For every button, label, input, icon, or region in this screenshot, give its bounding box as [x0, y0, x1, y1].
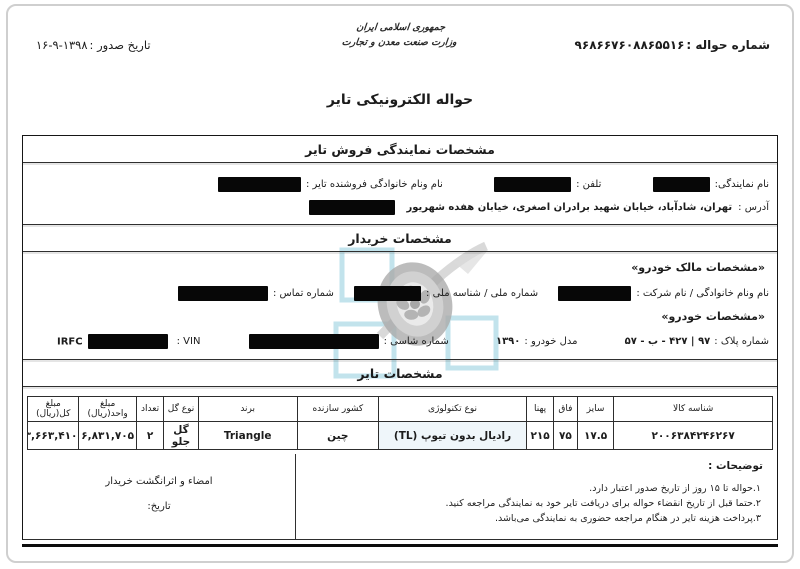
redaction-box	[354, 286, 421, 301]
invoice-body: مشخصات نمایندگی فروش تایر نام نمایندگی: …	[22, 135, 778, 540]
cell-size: ۱۷.۵	[577, 422, 614, 450]
tire-table-header-row: شناسه کالا سایز فاق پهنا نوع تکنولوژی کش…	[28, 397, 773, 422]
tire-spec-table: شناسه کالا سایز فاق پهنا نوع تکنولوژی کش…	[27, 396, 773, 450]
model-field: مدل خودرو : ۱۳۹۰	[492, 336, 577, 347]
address-row: آدرس : تهران، شادآباد، خیابان شهید برادر…	[23, 192, 777, 215]
signature-box: امضاء و اثرانگشت خریدار تاریخ:	[23, 454, 296, 539]
note-line-3: ۳.پرداخت هزینه تایر در هنگام مراجعه حضور…	[302, 511, 761, 526]
tire-section-title: مشخصات تایر	[23, 360, 777, 386]
col-size: سایز	[577, 397, 614, 422]
redaction-box	[653, 177, 710, 192]
model-label: مدل خودرو :	[524, 336, 577, 347]
national-id-field: شماره ملی / شناسه ملی :	[349, 286, 538, 301]
cell-technology: رادیال بدون تیوپ (TL)	[378, 422, 526, 450]
note-line-2: ۲.حتما قبل از تاریخ انقضاء حواله برای در…	[302, 496, 761, 511]
contact-number-field: شماره تماس :	[173, 286, 334, 301]
redaction-box	[494, 177, 571, 192]
seller-name-field: نام ونام خانوادگی فروشنده تایر :	[213, 177, 443, 192]
footer-region: توضیحات : ۱.حواله تا ۱۵ روز از تاریخ صدو…	[23, 454, 777, 539]
redaction-box	[88, 334, 168, 349]
issue-date-label: تاریخ صدور :	[90, 38, 151, 52]
redaction-box	[249, 334, 379, 349]
col-technology: نوع تکنولوژی	[378, 397, 526, 422]
cell-brand: Triangle	[198, 422, 297, 450]
vehicle-subtitle: «مشخصات خودرو»	[23, 301, 777, 323]
divider	[23, 386, 777, 387]
model-value: ۱۳۹۰	[496, 336, 520, 347]
col-brand: برند	[198, 397, 297, 422]
cell-tread: گل جلو	[164, 422, 198, 450]
note-line-1: ۱.حواله تا ۱۵ روز از تاریخ صدور اعتبار د…	[302, 481, 761, 496]
plate-label: شماره پلاک :	[714, 336, 769, 347]
notes-title: توضیحات :	[302, 460, 763, 472]
redaction-box	[218, 177, 301, 192]
vin-field: VIN : IRFC	[53, 334, 200, 349]
chassis-label: شماره شاسی :	[384, 336, 449, 347]
cell-country: چین	[297, 422, 378, 450]
agency-section-title: مشخصات نمایندگی فروش تایر	[23, 136, 777, 162]
tire-table-data-row: ۲۰۰۶۳۸۴۲۴۶۲۶۷ ۱۷.۵ ۷۵ ۲۱۵ رادیال بدون تی…	[28, 422, 773, 450]
signature-label: امضاء و اثرانگشت خریدار	[105, 476, 212, 487]
vin-value: IRFC	[57, 334, 173, 349]
document-title: حواله الکترونیکی تایر	[0, 92, 800, 108]
col-tread: نوع گل	[164, 397, 198, 422]
cell-quantity: ۲	[136, 422, 164, 450]
redaction-box	[178, 286, 268, 301]
vin-label: VIN :	[177, 336, 201, 347]
redaction-box	[558, 286, 631, 301]
issue-date-value: ۱۶-۹-۱۳۹۸	[34, 38, 90, 52]
redaction-box	[309, 200, 395, 215]
bottom-rule	[22, 544, 778, 547]
owner-subtitle: «مشخصات مالک خودرو»	[23, 252, 777, 274]
address-value: تهران، شادآباد، خیابان شهید برادران اصغر…	[406, 202, 732, 213]
cell-aspect: ۷۵	[553, 422, 577, 450]
address-label: آدرس :	[738, 202, 769, 213]
cell-total-price: ۱۳,۶۶۳,۴۱۰	[28, 422, 79, 450]
col-country: کشور سازنده	[297, 397, 378, 422]
agency-fields-row: نام نمایندگی: تلفن : نام ونام خانوادگی ف…	[23, 163, 777, 192]
owner-name-field: نام ونام خانوادگی / نام شرکت :	[553, 286, 769, 301]
col-product-id: شناسه کالا	[614, 397, 773, 422]
col-width: پهنا	[527, 397, 554, 422]
cell-width: ۲۱۵	[527, 422, 554, 450]
cell-product-id: ۲۰۰۶۳۸۴۲۴۶۲۶۷	[614, 422, 773, 450]
emblem-line-1: جمهوری اسلامی ایران	[0, 20, 800, 35]
col-quantity: تعداد	[136, 397, 164, 422]
chassis-field: شماره شاسی :	[244, 334, 449, 349]
owner-fields-row: نام ونام خانوادگی / نام شرکت : شماره ملی…	[23, 274, 777, 301]
vehicle-fields-row: شماره پلاک : ۹۷ | ۴۲۷ - ب - ۵۷ مدل خودرو…	[23, 323, 777, 349]
notes-block: توضیحات : ۱.حواله تا ۱۵ روز از تاریخ صدو…	[296, 454, 777, 539]
contact-number-label: شماره تماس :	[273, 288, 334, 299]
seller-name-label: نام ونام خانوادگی فروشنده تایر :	[306, 179, 443, 190]
cell-unit-price: ۶,۸۳۱,۷۰۵	[79, 422, 136, 450]
plate-field: شماره پلاک : ۹۷ | ۴۲۷ - ب - ۵۷	[621, 336, 769, 347]
col-aspect: فاق	[553, 397, 577, 422]
col-total-price: مبلغ کل(ریال)	[28, 397, 79, 422]
issue-date: تاریخ صدور :۱۶-۹-۱۳۹۸	[34, 38, 151, 52]
agency-phone-label: تلفن :	[576, 179, 601, 190]
agency-name-label: نام نمایندگی:	[715, 179, 769, 190]
invoice-number: شماره حواله :۹۶۸۶۶۷۶۰۸۸۶۵۵۱۶	[573, 38, 770, 52]
buyer-section-title: مشخصات خریدار	[23, 225, 777, 251]
owner-name-label: نام ونام خانوادگی / نام شرکت :	[636, 288, 769, 299]
agency-name-field: نام نمایندگی:	[648, 177, 769, 192]
national-id-label: شماره ملی / شناسه ملی :	[426, 288, 538, 299]
vin-visible-part: IRFC	[57, 337, 83, 348]
col-unit-price: مبلغ واحد(ریال)	[79, 397, 136, 422]
agency-phone-field: تلفن :	[489, 177, 601, 192]
header-bar: شماره حواله :۹۶۸۶۶۷۶۰۸۸۶۵۵۱۶ تاریخ صدور …	[34, 38, 770, 52]
invoice-number-value: ۹۶۸۶۶۷۶۰۸۸۶۵۵۱۶	[573, 38, 687, 52]
invoice-number-label: شماره حواله :	[686, 38, 770, 52]
signature-date-label: تاریخ:	[147, 501, 170, 512]
plate-value: ۹۷ | ۴۲۷ - ب - ۵۷	[625, 336, 711, 347]
